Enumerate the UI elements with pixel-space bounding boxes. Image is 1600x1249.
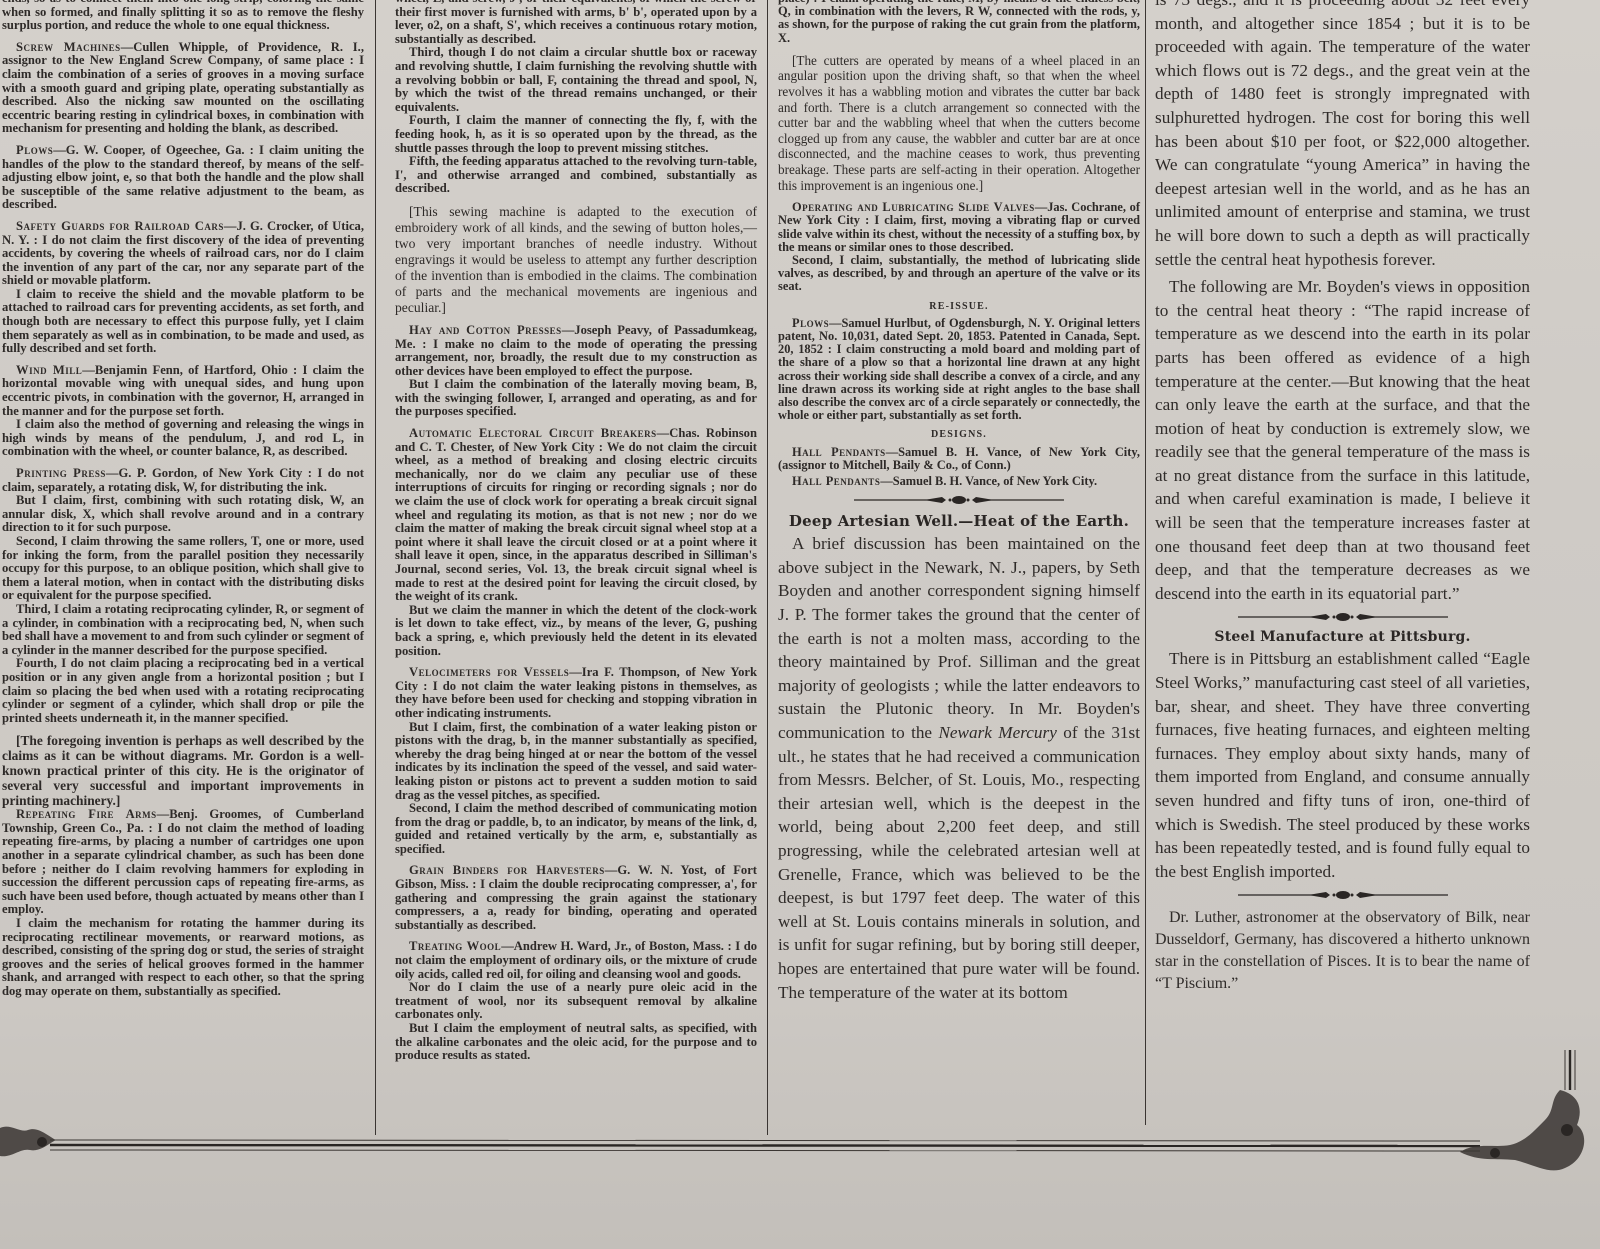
entry-claim: But I claim, first, the combination of a… <box>395 721 757 803</box>
column-4: is 73 degs., and it is proceeding about … <box>1155 0 1530 995</box>
entry-safety-guards: Safety Guards for Railroad Cars—J. G. Cr… <box>2 220 364 356</box>
boyden-quote: The following are Mr. Boyden's views in … <box>1155 275 1530 605</box>
entry-screw-machines: Screw Machines—Cullen Whipple, of Provid… <box>2 41 364 136</box>
design-entry: Hall Pendants—Samuel B. H. Vance, of New… <box>778 446 1140 472</box>
entry-title: Automatic Electoral Circuit Breakers <box>409 426 657 440</box>
designs-heading: DESIGNS. <box>778 428 1140 441</box>
entry-text: Samuel B. H. Vance, of New York City. <box>893 474 1097 488</box>
article-text: A brief discussion has been maintained o… <box>778 534 1140 742</box>
corner-flourish-icon <box>0 1118 60 1168</box>
entry-plows: Plows—G. W. Cooper, of Ogeechee, Ga. : I… <box>2 144 364 212</box>
entry-claim: Original letters patent, No. 10,031, dat… <box>778 316 1140 422</box>
entry-title: Plows <box>16 143 53 157</box>
fragment-text: ends, so as to connect them into one lon… <box>2 0 364 33</box>
column-2: wheel, L, and screw, J', or their equiva… <box>395 0 757 1063</box>
fragment-text: place) : I claim operating the rake, M, … <box>778 0 1140 45</box>
entry-claim: I make no claim to the mode of operating… <box>395 337 757 378</box>
entry-claim: Second, I claim the method described of … <box>395 802 757 856</box>
entry-title: Treating Wool <box>409 939 501 953</box>
ornament-divider-icon <box>1238 611 1448 623</box>
sewing-claim: Third, though I do not claim a circular … <box>395 46 757 114</box>
steel-article: There is in Pittsburg an establishment c… <box>1155 647 1530 883</box>
entry-author: Benjamin Fenn, of Hartford, Ohio : <box>95 363 297 377</box>
reissue-heading: RE-ISSUE. <box>778 300 1140 313</box>
entry-velocimeters: Velocimeters for Vessels—Ira F. Thompson… <box>395 666 757 856</box>
ornament-divider-icon <box>1238 889 1448 901</box>
entry-grain-binders: Grain Binders for Harvesters—G. W. N. Yo… <box>395 864 757 932</box>
entry-author: Andrew H. Ward, Jr., of Boston, Mass. : <box>514 939 732 953</box>
entry-claim: I claim to receive the shield and the mo… <box>2 288 364 356</box>
ornament-divider-icon <box>854 494 1064 506</box>
entry-printing-press: Printing Press—G. P. Gordon, of New York… <box>2 467 364 808</box>
newspaper-page: ends, so as to connect them into one lon… <box>0 0 1600 1249</box>
entry-claim: But I claim the employment of neutral sa… <box>395 1022 757 1063</box>
editor-note: [The cutters are operated by means of a … <box>778 53 1140 193</box>
entry-title: Hall Pendants <box>792 474 880 488</box>
entry-claim: I claim the mechanism for rotating the h… <box>2 917 364 999</box>
entry-reissue-plows: Plows—Samuel Hurlbut, of Ogdensburgh, N.… <box>778 317 1140 423</box>
entry-claim: But I claim, first, combining with such … <box>2 494 364 535</box>
entry-claim: Second, I claim, substantially, the meth… <box>778 254 1140 294</box>
editor-note: [The foregoing invention is perhaps as w… <box>2 733 364 808</box>
entry-claim: I do not claim the first discovery of th… <box>2 233 364 288</box>
entry-repeating-fire-arms: Repeating Fire Arms—Benj. Groomes, of Cu… <box>2 808 364 998</box>
fragment-text: wheel, L, and screw, J', or their equiva… <box>395 0 757 46</box>
article-body: A brief discussion has been maintained o… <box>778 532 1140 1004</box>
sewing-claim: Fourth, I claim the manner of connecting… <box>395 114 757 155</box>
entry-claim: I claim also the method of governing and… <box>2 418 364 459</box>
article-continued: is 73 degs., and it is proceeding about … <box>1155 0 1530 271</box>
entry-title: Safety Guards for Railroad Cars <box>16 219 224 233</box>
entry-title: Repeating Fire Arms <box>16 807 157 821</box>
entry-claim: But we claim the manner in which the det… <box>395 604 757 658</box>
column-1: ends, so as to connect them into one lon… <box>2 0 364 999</box>
entry-title: Screw Machines <box>16 40 121 54</box>
entry-treating-wool: Treating Wool—Andrew H. Ward, Jr., of Bo… <box>395 940 757 1062</box>
entry-title: Wind Mill <box>16 363 82 377</box>
newspaper-title: Newark Mercury <box>938 723 1056 742</box>
entry-title: Operating and Lubricating Slide Valves <box>792 200 1035 214</box>
entry-claim: Fourth, I do not claim placing a recipro… <box>2 657 364 725</box>
entry-circuit-breakers: Automatic Electoral Circuit Breakers—Cha… <box>395 427 757 658</box>
entry-title: Printing Press <box>16 466 106 480</box>
entry-author: G. P. Gordon, of New York City : <box>118 466 312 480</box>
article-text: since 1854 ; but it is to be proceeded w… <box>1155 14 1530 269</box>
corner-flourish-icon <box>1455 1050 1595 1180</box>
entry-claim: Third, I claim a rotating reciprocating … <box>2 603 364 657</box>
steel-headline: Steel Manufacture at Pittsburg. <box>1155 629 1530 645</box>
column-rule-1 <box>375 0 376 1135</box>
editor-note: [This sewing machine is adapted to the e… <box>395 204 757 316</box>
entry-claim: I do not claim the water leaking pistons… <box>395 679 757 720</box>
entry-claim: We do not claim the circuit wheel, as a … <box>395 440 757 604</box>
entry-title: Hall Pendants <box>792 445 886 459</box>
entry-title: Plows <box>792 316 829 330</box>
sewing-claim: Fifth, the feeding apparatus attached to… <box>395 155 757 196</box>
luther-article: Dr. Luther, astronomer at the observator… <box>1155 907 1530 995</box>
article-text: of the 31st ult., he states that he had … <box>778 723 1140 1002</box>
entry-slide-valves: Operating and Lubricating Slide Valves—J… <box>778 201 1140 293</box>
entry-hay-cotton-presses: Hay and Cotton Presses—Joseph Peavy, of … <box>395 324 757 419</box>
column-rule-3 <box>1145 0 1146 1125</box>
design-entry: Hall Pendants—Samuel B. H. Vance, of New… <box>778 475 1140 488</box>
entry-title: Hay and Cotton Presses <box>409 323 562 337</box>
entry-title: Grain Binders for Harvesters <box>409 863 605 877</box>
entry-wind-mill: Wind Mill—Benjamin Fenn, of Hartford, Oh… <box>2 364 364 459</box>
entry-title: Velocimeters for Vessels <box>409 665 569 679</box>
entry-author: G. W. Cooper, of Ogeechee, Ga. : <box>66 143 254 157</box>
entry-claim: But I claim the combination of the later… <box>395 378 757 419</box>
entry-author: Samuel Hurlbut, of Ogdensburgh, N. Y. <box>841 316 1054 330</box>
column-3: place) : I claim operating the rake, M, … <box>778 0 1140 1004</box>
column-rule-2 <box>767 0 768 1135</box>
decorative-border-icon <box>0 1138 1480 1152</box>
entry-claim: Second, I claim throwing the same roller… <box>2 535 364 603</box>
entry-claim: Nor do I claim the use of a nearly pure … <box>395 981 757 1022</box>
article-headline: Deep Artesian Well.—Heat of the Earth. <box>778 512 1140 530</box>
entry-claim: I do not claim the method of loading rep… <box>2 821 364 917</box>
